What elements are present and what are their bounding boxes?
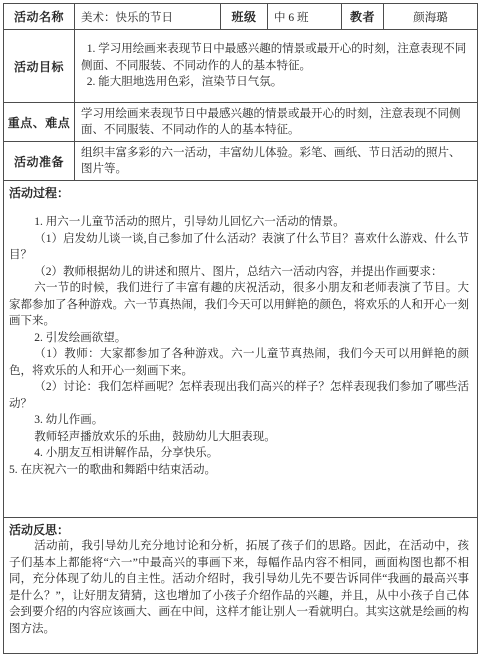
goals-row: 活动目标 1. 学习用绘画来表现节日中最感兴趣的情景或最开心的时刻，注意表现不同… — [4, 30, 478, 103]
paragraph: 3. 幼儿作画。 — [9, 412, 469, 429]
process-title: 活动过程： — [9, 184, 469, 201]
paragraph: 1. 学习用绘画来表现节日中最感兴趣的情景或最开心的时刻，注意表现不同侧面、不同… — [81, 41, 471, 74]
header-row: 活动名称 美术：快乐的节日 班级 中 6 班 教者 颜海璐 — [4, 4, 478, 30]
reflection-row: 活动反思： 活动前，我引导幼儿充分地讨论和分析，拓展了孩子们的思路。因此，在活动… — [4, 518, 478, 654]
lesson-plan-table: 活动名称 美术：快乐的节日 班级 中 6 班 教者 颜海璐 活动目标 1. 学习… — [3, 3, 478, 654]
process-paragraph-list: 1. 用六一儿童节活动的照片，引导幼儿回忆六一活动的情景。（1）启发幼儿谈一谈,… — [9, 214, 469, 478]
paragraph: （1）教师：大家都参加了各种游戏。六一儿童节真热闹，我们今天可以用鲜艳的颜色，将… — [9, 346, 469, 379]
key-points-row: 重点、难点 学习用绘画来表现节日中最感兴趣的情景或最开心的时刻，注意表现不同侧面… — [4, 103, 478, 142]
paragraph: （2）教师根据幼儿的讲述和照片、图片，总结六一活动内容，并提出作画要求： — [9, 264, 469, 281]
key-points-label: 重点、难点 — [4, 103, 75, 142]
process-section: 活动过程： 1. 用六一儿童节活动的照片，引导幼儿回忆六一活动的情景。（1）启发… — [4, 181, 478, 518]
paragraph: 活动前，我引导幼儿充分地讨论和分析，拓展了孩子们的思路。因此，在活动中，孩子们基… — [9, 538, 469, 637]
preparation-label: 活动准备 — [4, 142, 75, 181]
preparation-row: 活动准备 组织丰富多彩的六一活动，丰富幼儿体验。彩笔、画纸、节日活动的照片、图片… — [4, 142, 478, 181]
paragraph: （1）启发幼儿谈一谈,自己参加了什么活动？表演了什么节目？喜欢什么游戏、什么节目… — [9, 231, 469, 264]
goals-paragraph-list: 1. 学习用绘画来表现节日中最感兴趣的情景或最开心的时刻，注意表现不同侧面、不同… — [81, 41, 471, 91]
paragraph: 六一节的时候，我们进行了丰富有趣的庆祝活动，很多小朋友和老师表演了节目。大家都参… — [9, 280, 469, 330]
class-label: 班级 — [221, 4, 268, 30]
activity-name-label: 活动名称 — [4, 4, 75, 30]
preparation-content: 组织丰富多彩的六一活动，丰富幼儿体验。彩笔、画纸、节日活动的照片、图片等。 — [75, 142, 478, 181]
paragraph: （2）讨论：我们怎样画呢？怎样表现出我们高兴的样子？怎样表现我们参加了哪些活动？ — [9, 379, 469, 412]
activity-name-value: 美术：快乐的节日 — [75, 4, 221, 30]
key-points-content: 学习用绘画来表现节日中最感兴趣的情景或最开心的时刻，注意表现不同侧面、不同服装、… — [75, 103, 478, 142]
paragraph: 教师轻声播放欢乐的乐曲，鼓励幼儿大胆表现。 — [9, 429, 469, 446]
reflection-title: 活动反思： — [9, 521, 469, 538]
paragraph: 5. 在庆祝六一的歌曲和舞蹈中结束活动。 — [9, 462, 469, 479]
goals-content: 1. 学习用绘画来表现节日中最感兴趣的情景或最开心的时刻，注意表现不同侧面、不同… — [75, 30, 478, 103]
teacher-label: 教者 — [342, 4, 384, 30]
paragraph: 4. 小朋友互相讲解作品，分享快乐。 — [9, 445, 469, 462]
class-value: 中 6 班 — [268, 4, 342, 30]
reflection-paragraph-list: 活动前，我引导幼儿充分地讨论和分析，拓展了孩子们的思路。因此，在活动中，孩子们基… — [9, 538, 469, 637]
teacher-value: 颜海璐 — [384, 4, 478, 30]
paragraph: 2. 能大胆地选用色彩，渲染节日气氛。 — [81, 74, 471, 91]
reflection-section: 活动反思： 活动前，我引导幼儿充分地讨论和分析，拓展了孩子们的思路。因此，在活动… — [4, 518, 478, 654]
paragraph: 1. 用六一儿童节活动的照片，引导幼儿回忆六一活动的情景。 — [9, 214, 469, 231]
paragraph: 2. 引发绘画欲望。 — [9, 330, 469, 347]
goals-label: 活动目标 — [4, 30, 75, 103]
process-row: 活动过程： 1. 用六一儿童节活动的照片，引导幼儿回忆六一活动的情景。（1）启发… — [4, 181, 478, 518]
lesson-plan-document: 活动名称 美术：快乐的节日 班级 中 6 班 教者 颜海璐 活动目标 1. 学习… — [0, 0, 479, 646]
